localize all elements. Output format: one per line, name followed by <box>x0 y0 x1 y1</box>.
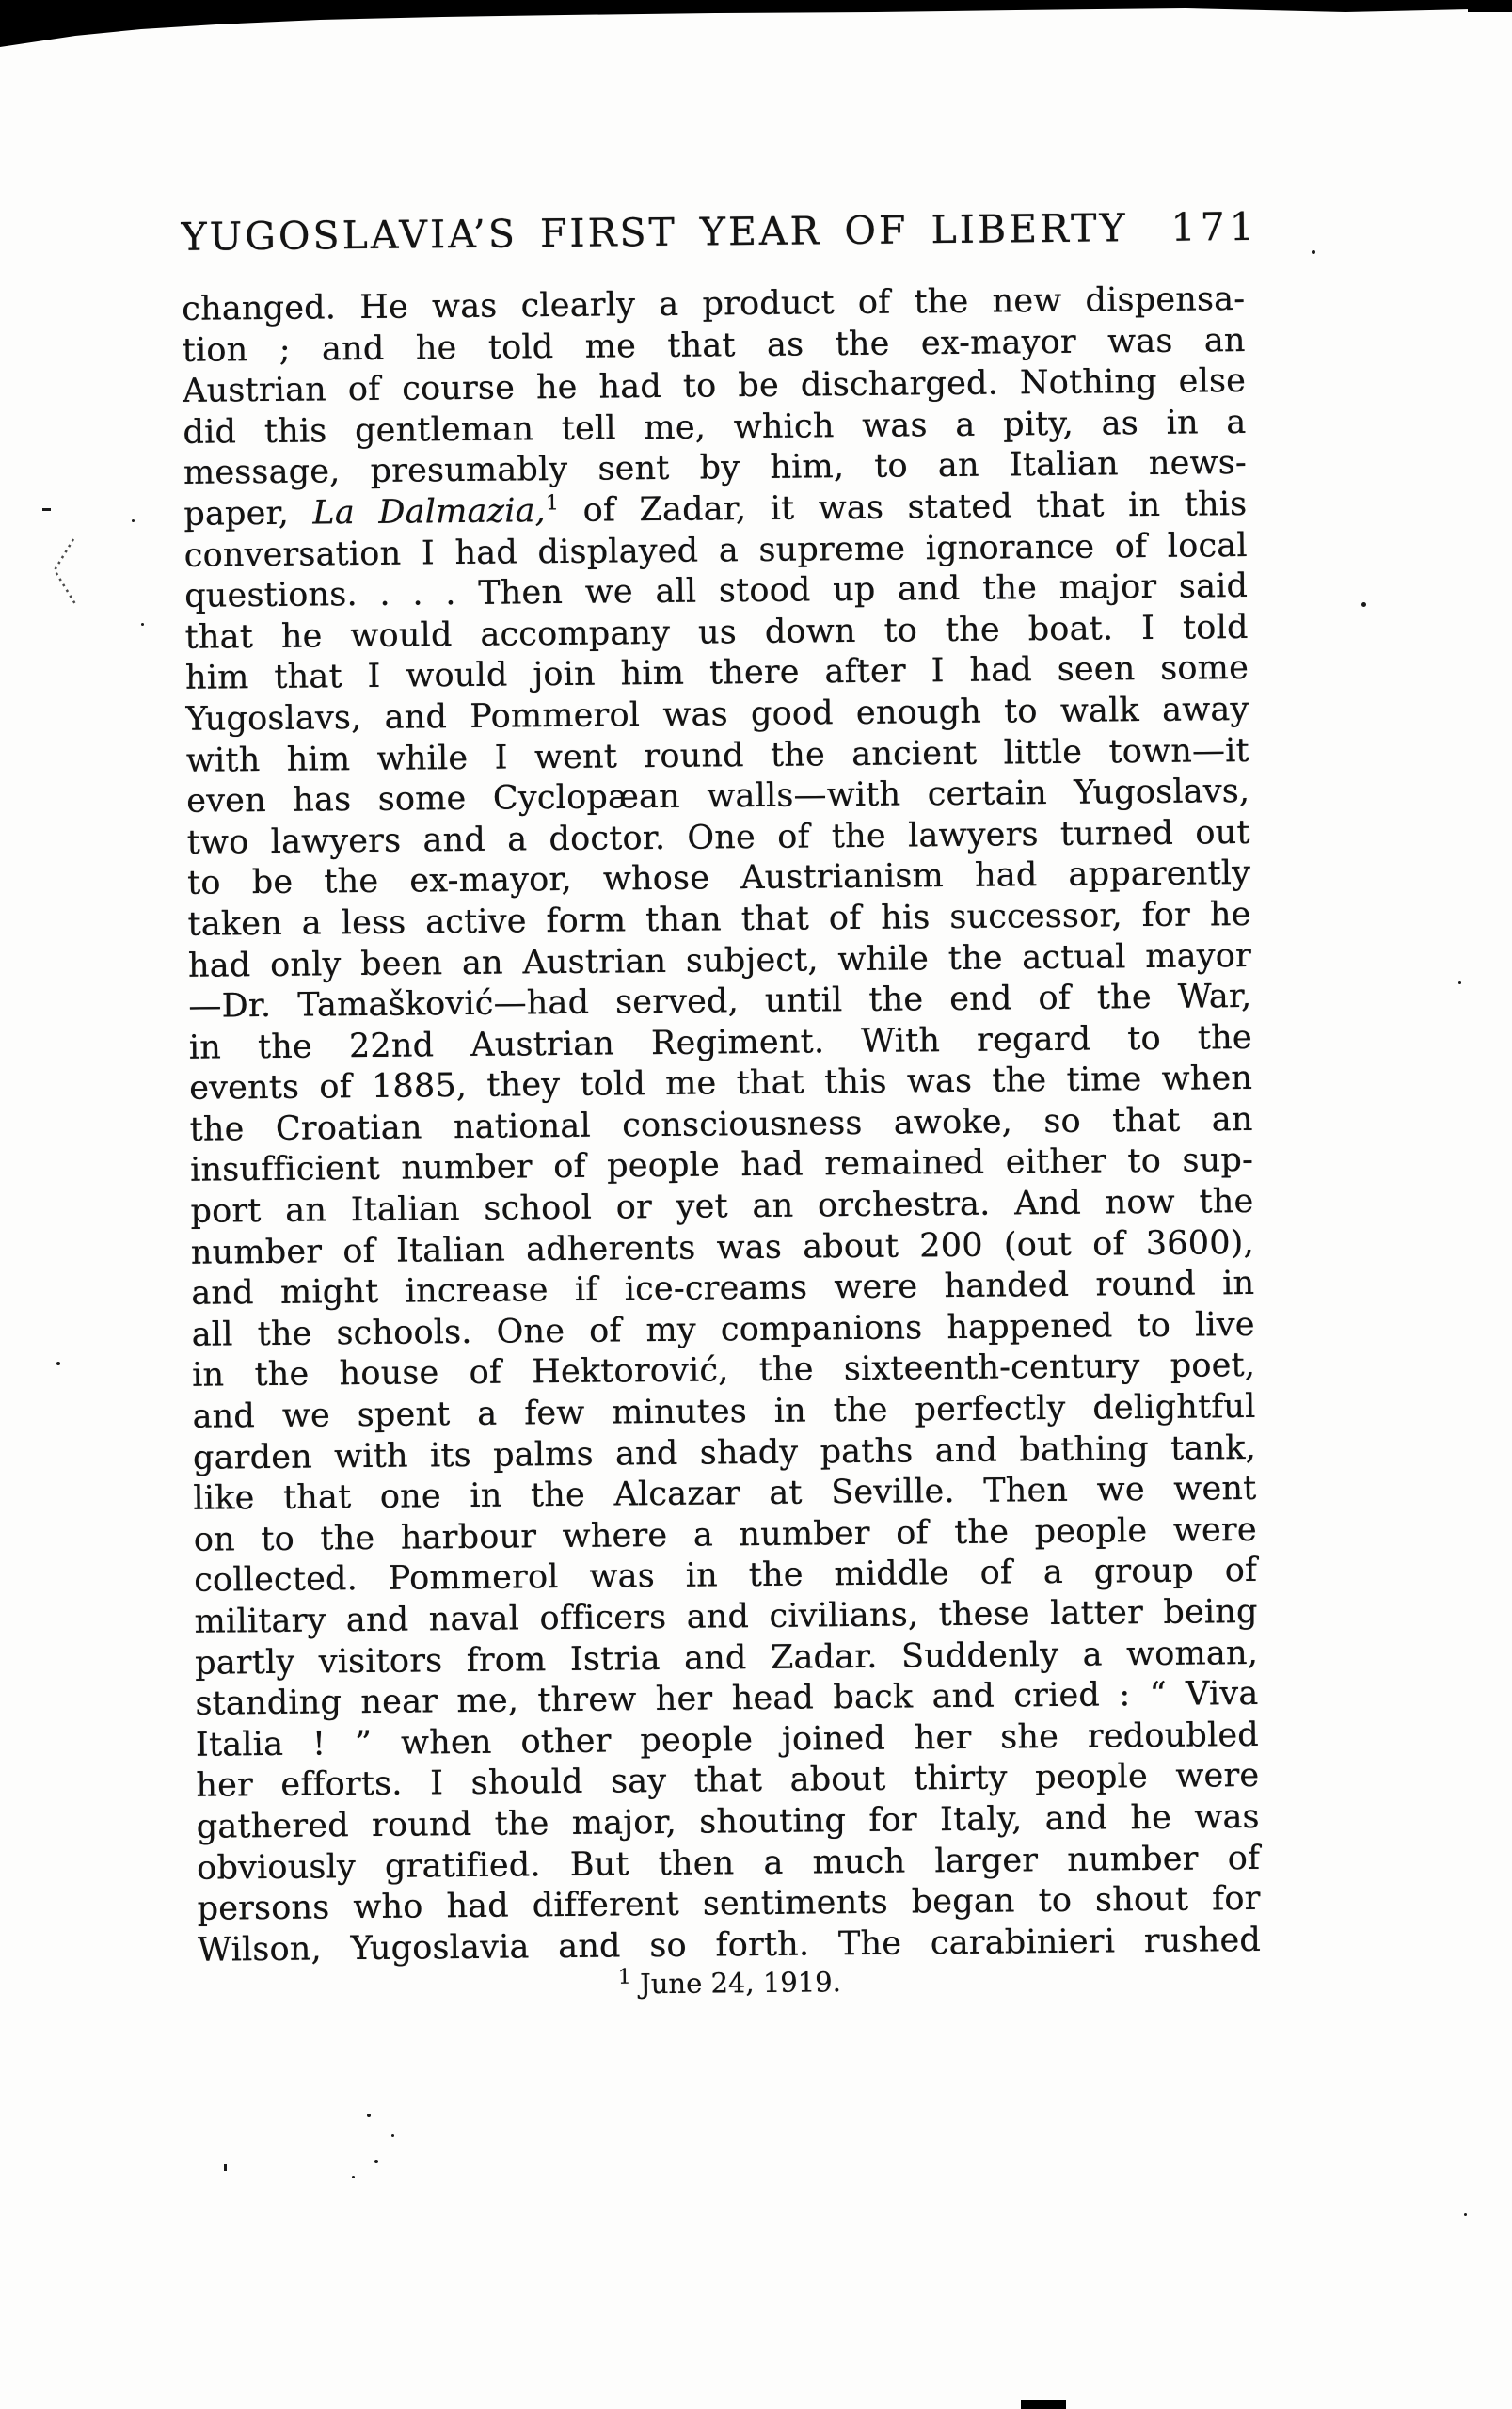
text-segment: paper, <box>183 494 312 533</box>
running-header: YUGOSLAVIA’S FIRST YEAR OF LIBERTY171 <box>181 204 1244 260</box>
scanned-book-page: YUGOSLAVIA’S FIRST YEAR OF LIBERTY171 ch… <box>0 0 1512 2409</box>
text-segment: of Zadar, it was stated that in this <box>559 486 1247 530</box>
body-text: changed. He was clearly a product of the… <box>182 279 1261 1971</box>
footnote-reference: 1 <box>546 491 559 515</box>
footnote-text: June 24, 1919. <box>631 1966 841 2000</box>
running-header-title: YUGOSLAVIA’S FIRST YEAR OF LIBERTY <box>181 205 1127 260</box>
page-content: YUGOSLAVIA’S FIRST YEAR OF LIBERTY171 ch… <box>0 0 1512 2409</box>
page-number: 171 <box>1170 204 1259 250</box>
newspaper-title-italic: La Dalmazia, <box>312 492 546 532</box>
footnote-marker: 1 <box>618 1966 631 1989</box>
